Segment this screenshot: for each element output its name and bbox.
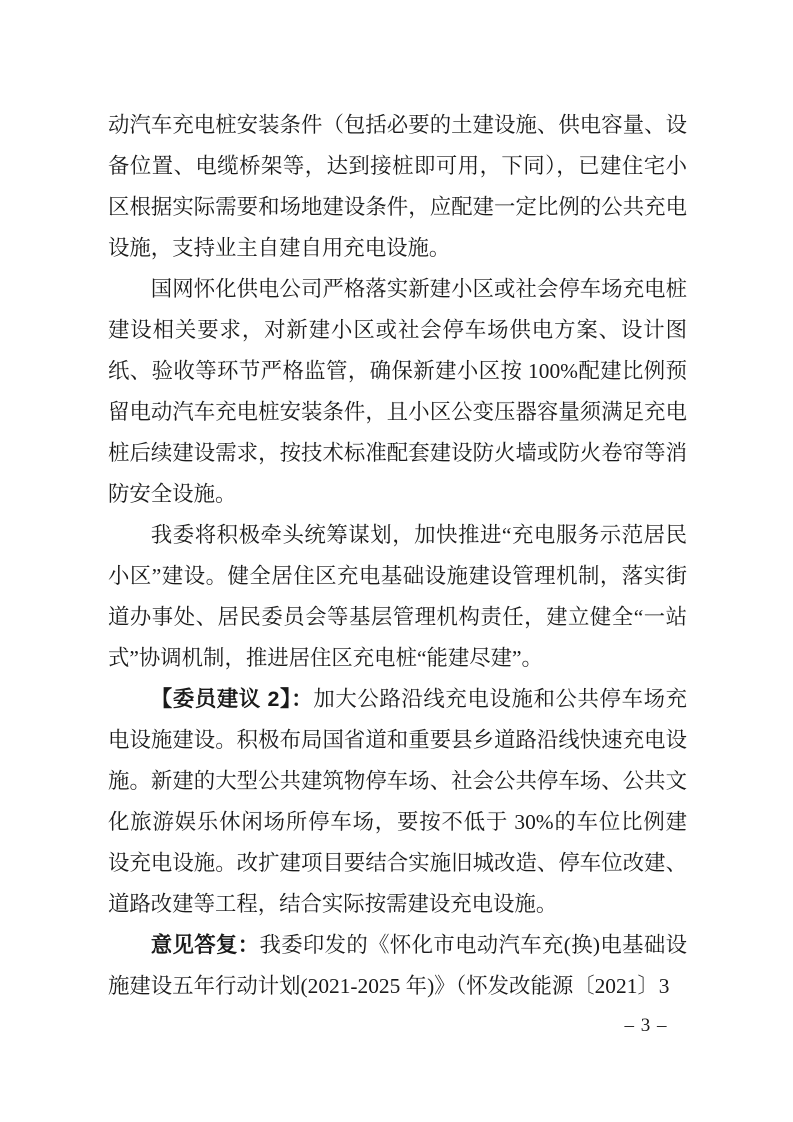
document-page: 动汽车充电桩安装条件（包括必要的土建设施、供电容量、设备位置、电缆桥架等，达到接… bbox=[0, 0, 793, 1122]
reply-label: 意见答复： bbox=[151, 933, 260, 957]
paragraph-reply: 意见答复：我委印发的《怀化市电动汽车充(换)电基础设施建设五年行动计划(2021… bbox=[108, 925, 687, 1007]
paragraph-committee-plan: 我委将积极牵头统筹谋划，加快推进“充电服务示范居民小区”建设。健全居住区充电基础… bbox=[108, 515, 687, 679]
paragraph-suggestion-2: 【委员建议 2】：加大公路沿线充电设施和公共停车场充电设施建设。积极布局国省道和… bbox=[108, 679, 687, 925]
suggestion-2-label: 【委员建议 2】： bbox=[151, 687, 314, 711]
paragraph-grid-company: 国网怀化供电公司严格落实新建小区或社会停车场充电桩建设相关要求，对新建小区或社会… bbox=[108, 269, 687, 515]
paragraph-continuation: 动汽车充电桩安装条件（包括必要的土建设施、供电容量、设备位置、电缆桥架等，达到接… bbox=[108, 105, 687, 269]
page-number: – 3 – bbox=[606, 1014, 686, 1038]
document-body: 动汽车充电桩安装条件（包括必要的土建设施、供电容量、设备位置、电缆桥架等，达到接… bbox=[108, 105, 687, 1007]
suggestion-2-text: 加大公路沿线充电设施和公共停车场充电设施建设。积极布局国省道和重要县乡道路沿线快… bbox=[108, 687, 687, 916]
